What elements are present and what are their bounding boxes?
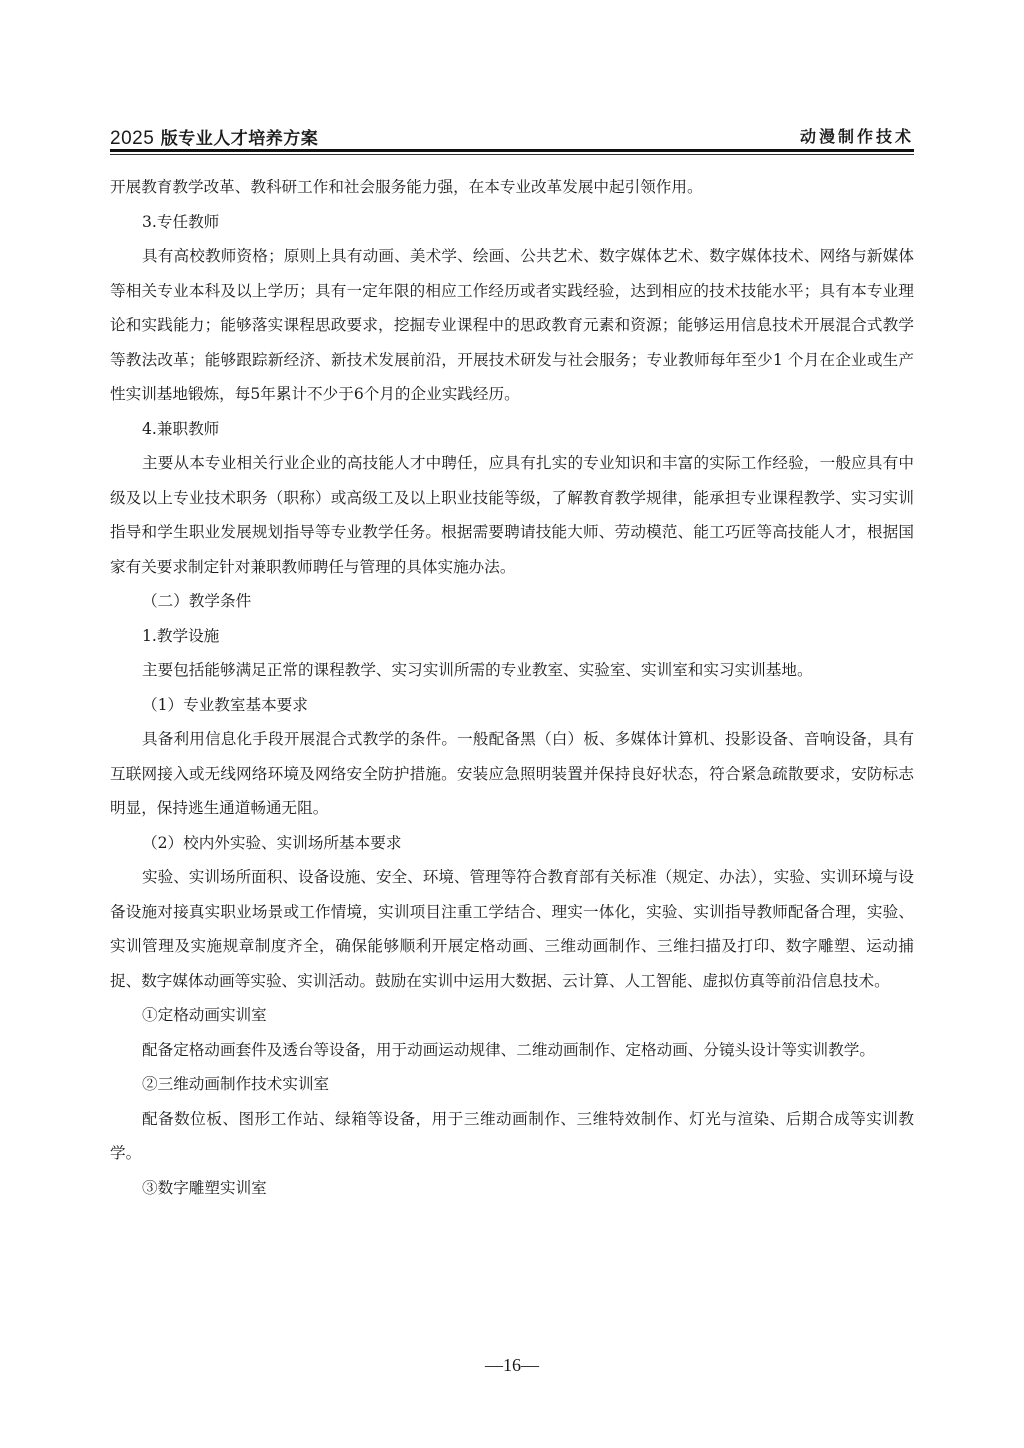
section-heading: （二）教学条件: [110, 584, 914, 619]
section-heading: （1）专业教室基本要求: [110, 688, 914, 723]
paragraph: 开展教育教学改革、教科研工作和社会服务能力强，在本专业改革发展中起引领作用。: [110, 170, 914, 205]
document-title-text: 版专业人才培养方案: [161, 129, 319, 149]
document-year: 2025: [110, 128, 154, 149]
major-title: 动漫制作技术: [800, 124, 914, 147]
paragraph: 具有高校教师资格；原则上具有动画、美术学、绘画、公共艺术、数字媒体艺术、数字媒体…: [110, 239, 914, 412]
section-heading: ③数字雕塑实训室: [110, 1171, 914, 1206]
section-heading: 1.教学设施: [110, 619, 914, 654]
section-heading: ①定格动画实训室: [110, 998, 914, 1033]
header-rule-thin: [110, 154, 914, 155]
section-heading: （2）校内外实验、实训场所基本要求: [110, 826, 914, 861]
paragraph: 实验、实训场所面积、设备设施、安全、环境、管理等符合教育部有关标准（规定、办法）…: [110, 860, 914, 998]
section-heading: ②三维动画制作技术实训室: [110, 1067, 914, 1102]
section-heading: 4.兼职教师: [110, 412, 914, 447]
document-title: 2025 版专业人才培养方案: [110, 124, 318, 150]
paragraph: 配备数位板、图形工作站、绿箱等设备，用于三维动画制作、三维特效制作、灯光与渲染、…: [110, 1102, 914, 1171]
paragraph: 主要从本专业相关行业企业的高技能人才中聘任，应具有扎实的专业知识和丰富的实际工作…: [110, 446, 914, 584]
page-body: 开展教育教学改革、教科研工作和社会服务能力强，在本专业改革发展中起引领作用。 3…: [110, 170, 914, 1205]
page-header: 2025 版专业人才培养方案 动漫制作技术: [110, 124, 914, 148]
page-number: —16—: [0, 1355, 1024, 1376]
header-rule-thick: [110, 149, 914, 152]
section-heading: 3.专任教师: [110, 205, 914, 240]
paragraph: 配备定格动画套件及透台等设备，用于动画运动规律、二维动画制作、定格动画、分镜头设…: [110, 1033, 914, 1068]
paragraph: 主要包括能够满足正常的课程教学、实习实训所需的专业教室、实验室、实训室和实习实训…: [110, 653, 914, 688]
paragraph: 具备利用信息化手段开展混合式教学的条件。一般配备黑（白）板、多媒体计算机、投影设…: [110, 722, 914, 826]
